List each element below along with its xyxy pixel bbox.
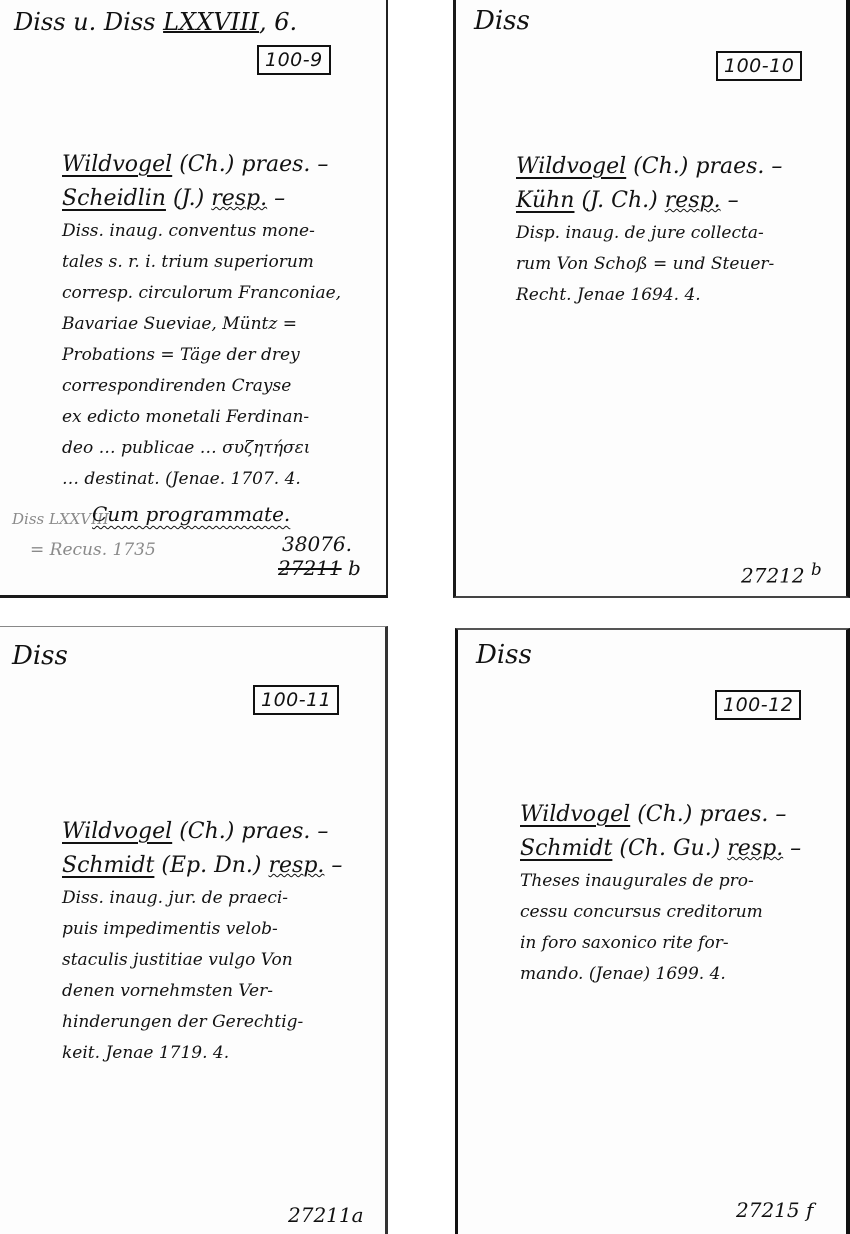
entry-line: Diss. inaug. jur. de praeci- bbox=[62, 883, 342, 914]
entry-line: mando. (Jenae) 1699. 4. bbox=[520, 959, 801, 990]
header-note: Diss bbox=[12, 641, 68, 671]
praeses-role: (Ch.) praes. – bbox=[633, 154, 782, 179]
respondent-initials: (J. Ch.) bbox=[581, 188, 657, 213]
entry-line: in foro saxonico rite for- bbox=[520, 928, 801, 959]
catalog-number-value: 27215 bbox=[736, 1198, 800, 1222]
header-note-prefix: Diss bbox=[474, 6, 530, 36]
entry-line-respondent: Kühn (J. Ch.) resp. – bbox=[516, 184, 782, 218]
praeses-name: Wildvogel bbox=[62, 819, 172, 844]
pencil-note-recus: = Recus. 1735 bbox=[30, 540, 156, 560]
respondent-name: Schmidt bbox=[520, 836, 612, 861]
respondent-role: resp. bbox=[727, 836, 783, 861]
catalog-number: 27212 b bbox=[741, 560, 822, 588]
respondent-name: Schmidt bbox=[62, 853, 154, 878]
header-note: Diss bbox=[474, 6, 530, 36]
ink-note-text: Cum programmate. bbox=[92, 502, 290, 526]
respondent-role: resp. bbox=[211, 186, 267, 211]
entry-line-respondent: Schmidt (Ch. Gu.) resp. – bbox=[520, 832, 801, 866]
ink-note-programmate: Cum programmate. bbox=[92, 502, 290, 526]
entry-line: deo … publicae … συζητήσει bbox=[62, 433, 341, 464]
entry-line: Bavariae Sueviae, Müntz = bbox=[62, 309, 341, 340]
entry-line: rum Von Schoß = und Steuer- bbox=[516, 249, 782, 280]
entry-line: staculis justitiae vulgo Von bbox=[62, 945, 342, 976]
header-note-prefix: Diss bbox=[476, 640, 532, 670]
catalog-number: 38076. bbox=[282, 532, 352, 556]
entry-line: cessu concursus creditorum bbox=[520, 897, 801, 928]
respondent-name: Scheidlin bbox=[62, 186, 166, 211]
entry-line: Probations = Täge der drey bbox=[62, 340, 341, 371]
entry-line: Disp. inaug. de jure collecta- bbox=[516, 218, 782, 249]
respondent-name: Kühn bbox=[516, 188, 574, 213]
entry-line-respondent: Scheidlin (J.) resp. – bbox=[62, 182, 341, 216]
praeses-name: Wildvogel bbox=[520, 802, 630, 827]
respondent-initials: (J.) bbox=[173, 186, 204, 211]
header-note: Diss u. Diss LXXVIII, 6. bbox=[14, 8, 297, 36]
praeses-role: (Ch.) praes. – bbox=[179, 819, 328, 844]
entry-line: ex edicto monetali Ferdinan- bbox=[62, 402, 341, 433]
respondent-role: resp. bbox=[665, 188, 721, 213]
dash: – bbox=[267, 186, 285, 211]
catalog-entry: Wildvogel (Ch.) praes. – Schmidt (Ep. Dn… bbox=[62, 815, 342, 1069]
entry-line: hinderungen der Gerechtig- bbox=[62, 1007, 342, 1038]
entry-line: correspondirenden Crayse bbox=[62, 371, 341, 402]
header-note-suffix: , 6. bbox=[259, 8, 297, 36]
catalog-suffix: b bbox=[811, 560, 822, 579]
catalog-suffix: f bbox=[806, 1198, 813, 1222]
entry-line: puis impedimentis velob- bbox=[62, 914, 342, 945]
catalog-entry: Wildvogel (Ch.) praes. – Schmidt (Ch. Gu… bbox=[520, 798, 801, 990]
entry-line: Recht. Jenae 1694. 4. bbox=[516, 280, 782, 311]
praeses-role: (Ch.) praes. – bbox=[637, 802, 786, 827]
header-note-roman: LXXVIII bbox=[163, 8, 259, 36]
entry-line-praeses: Wildvogel (Ch.) praes. – bbox=[62, 815, 342, 849]
shelf-mark: 100-11 bbox=[253, 685, 339, 715]
entry-line-respondent: Schmidt (Ep. Dn.) resp. – bbox=[62, 849, 342, 883]
catalog-card-100-10: Diss 100-10 Wildvogel (Ch.) praes. – Küh… bbox=[453, 0, 850, 598]
entry-line: keit. Jenae 1719. 4. bbox=[62, 1038, 342, 1069]
entry-line: Diss. inaug. conventus mone- bbox=[62, 216, 341, 247]
entry-line: tales s. r. i. trium superiorum bbox=[62, 247, 341, 278]
entry-line: denen vornehmsten Ver- bbox=[62, 976, 342, 1007]
dash: – bbox=[721, 188, 739, 213]
entry-line-praeses: Wildvogel (Ch.) praes. – bbox=[520, 798, 801, 832]
catalog-entry: Wildvogel (Ch.) praes. – Kühn (J. Ch.) r… bbox=[516, 150, 782, 311]
catalog-number-old: 27211 b bbox=[278, 556, 361, 580]
entry-line-praeses: Wildvogel (Ch.) praes. – bbox=[62, 148, 341, 182]
shelf-mark: 100-12 bbox=[715, 690, 801, 720]
shelf-mark: 100-9 bbox=[257, 45, 331, 75]
respondent-initials: (Ch. Gu.) bbox=[619, 836, 720, 861]
catalog-number-value: 27212 bbox=[741, 564, 805, 588]
entry-line: corresp. circulorum Franconiae, bbox=[62, 278, 341, 309]
respondent-initials: (Ep. Dn.) bbox=[161, 853, 261, 878]
catalog-number: 27211a bbox=[288, 1203, 364, 1227]
praeses-name: Wildvogel bbox=[516, 154, 626, 179]
shelf-mark: 100-10 bbox=[716, 51, 802, 81]
dash: – bbox=[324, 853, 342, 878]
entry-line: … destinat. (Jenae. 1707. 4. bbox=[62, 464, 341, 495]
catalog-entry: Wildvogel (Ch.) praes. – Scheidlin (J.) … bbox=[62, 148, 341, 495]
header-note-prefix: Diss bbox=[12, 641, 68, 671]
catalog-number: 27215 f bbox=[736, 1198, 813, 1222]
catalog-suffix: b bbox=[348, 556, 361, 580]
struck-number: 27211 bbox=[278, 556, 342, 580]
header-note: Diss bbox=[476, 640, 532, 670]
praeses-role: (Ch.) praes. – bbox=[179, 152, 328, 177]
entry-line: Theses inaugurales de pro- bbox=[520, 866, 801, 897]
respondent-role: resp. bbox=[269, 853, 325, 878]
catalog-card-100-11: Diss 100-11 Wildvogel (Ch.) praes. – Sch… bbox=[0, 626, 388, 1234]
entry-line-praeses: Wildvogel (Ch.) praes. – bbox=[516, 150, 782, 184]
catalog-card-100-12: Diss 100-12 Wildvogel (Ch.) praes. – Sch… bbox=[455, 628, 850, 1234]
header-note-prefix: Diss u. Diss bbox=[14, 8, 155, 36]
praeses-name: Wildvogel bbox=[62, 152, 172, 177]
dash: – bbox=[783, 836, 801, 861]
catalog-card-100-9: Diss u. Diss LXXVIII, 6. 100-9 Wildvogel… bbox=[0, 0, 388, 598]
